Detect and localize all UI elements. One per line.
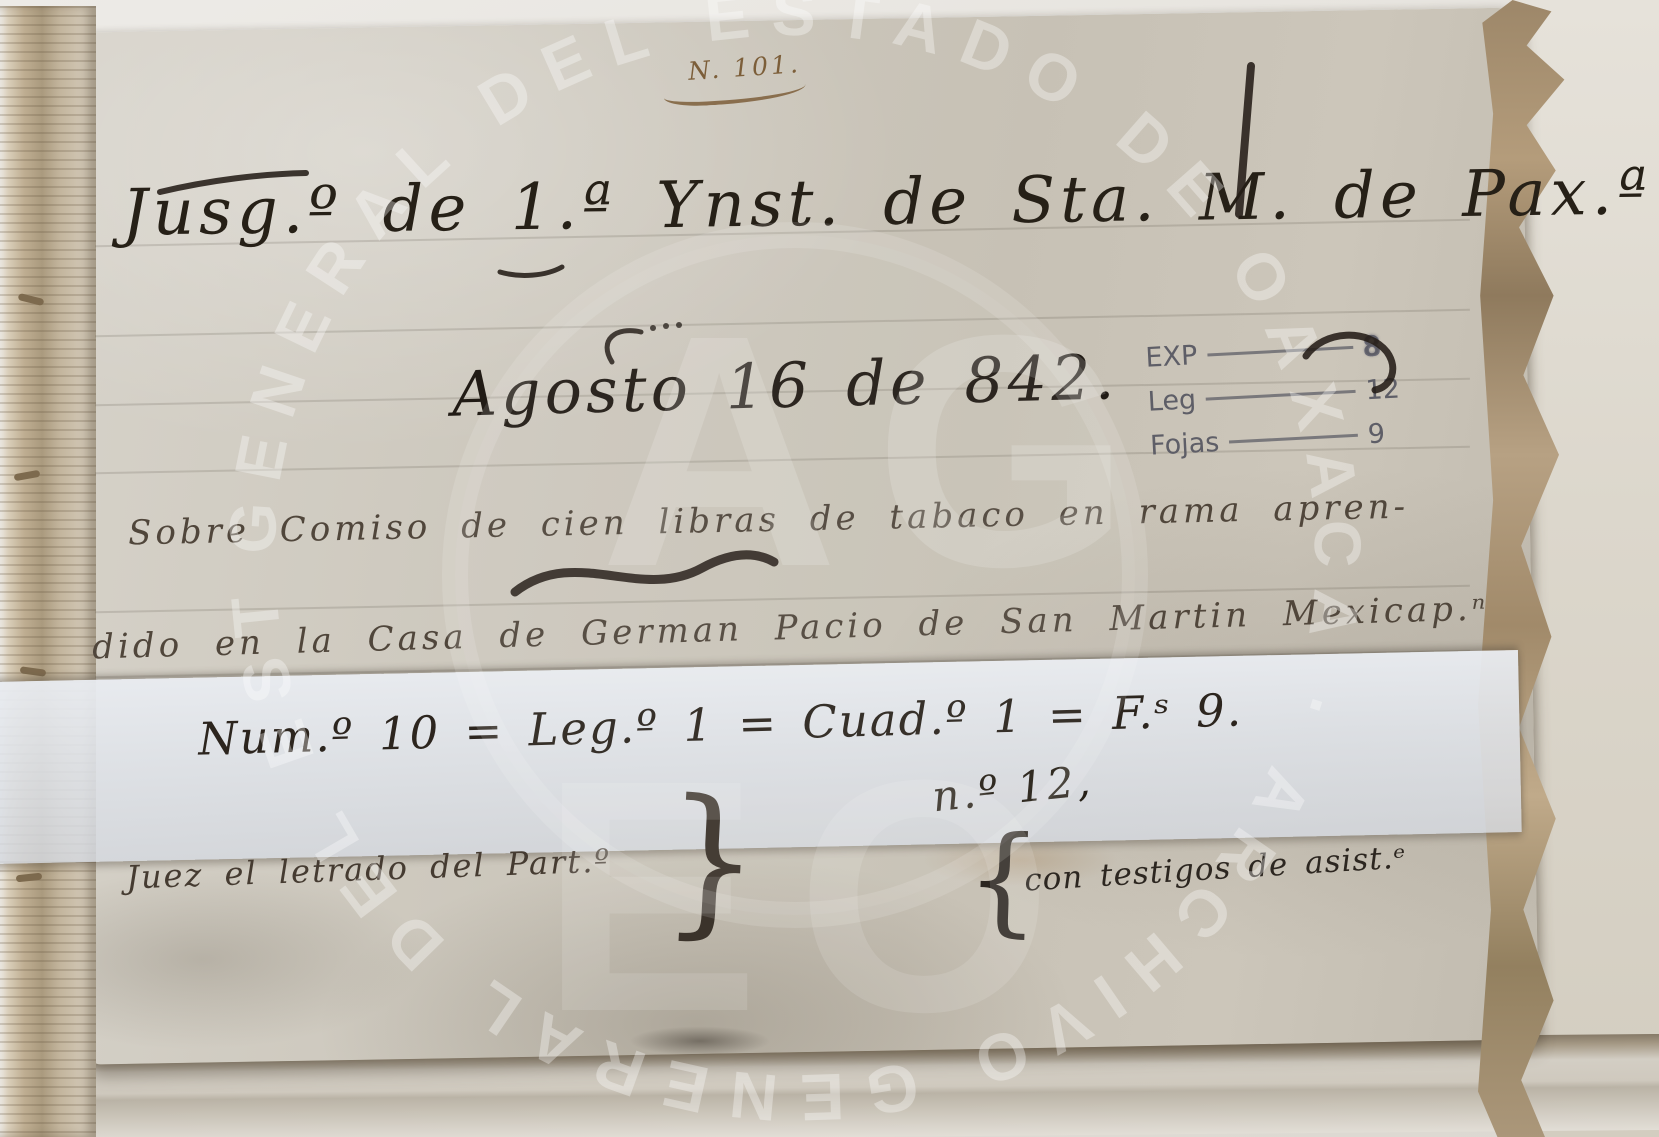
archive-registry-block: EXP 8 Leg 12 Fojas 9 bbox=[1145, 329, 1408, 474]
registry-label: Leg bbox=[1147, 384, 1197, 417]
registry-dash bbox=[1229, 434, 1358, 444]
manuscript-photo: N. 101. Jusg.º de 1.ª Ynst. de Sta. M. d… bbox=[0, 0, 1659, 1137]
paper-stain bbox=[600, 1020, 800, 1062]
registry-dash bbox=[1206, 390, 1356, 401]
registry-label: Fojas bbox=[1149, 427, 1220, 462]
binding-spine bbox=[0, 6, 96, 1137]
registry-label: EXP bbox=[1145, 340, 1198, 374]
registry-value: 8 bbox=[1362, 329, 1402, 362]
registry-value: 9 bbox=[1367, 417, 1407, 450]
registry-value: 12 bbox=[1365, 373, 1405, 406]
registry-dash bbox=[1207, 346, 1353, 357]
judge-brace-flourish: } bbox=[660, 778, 764, 945]
